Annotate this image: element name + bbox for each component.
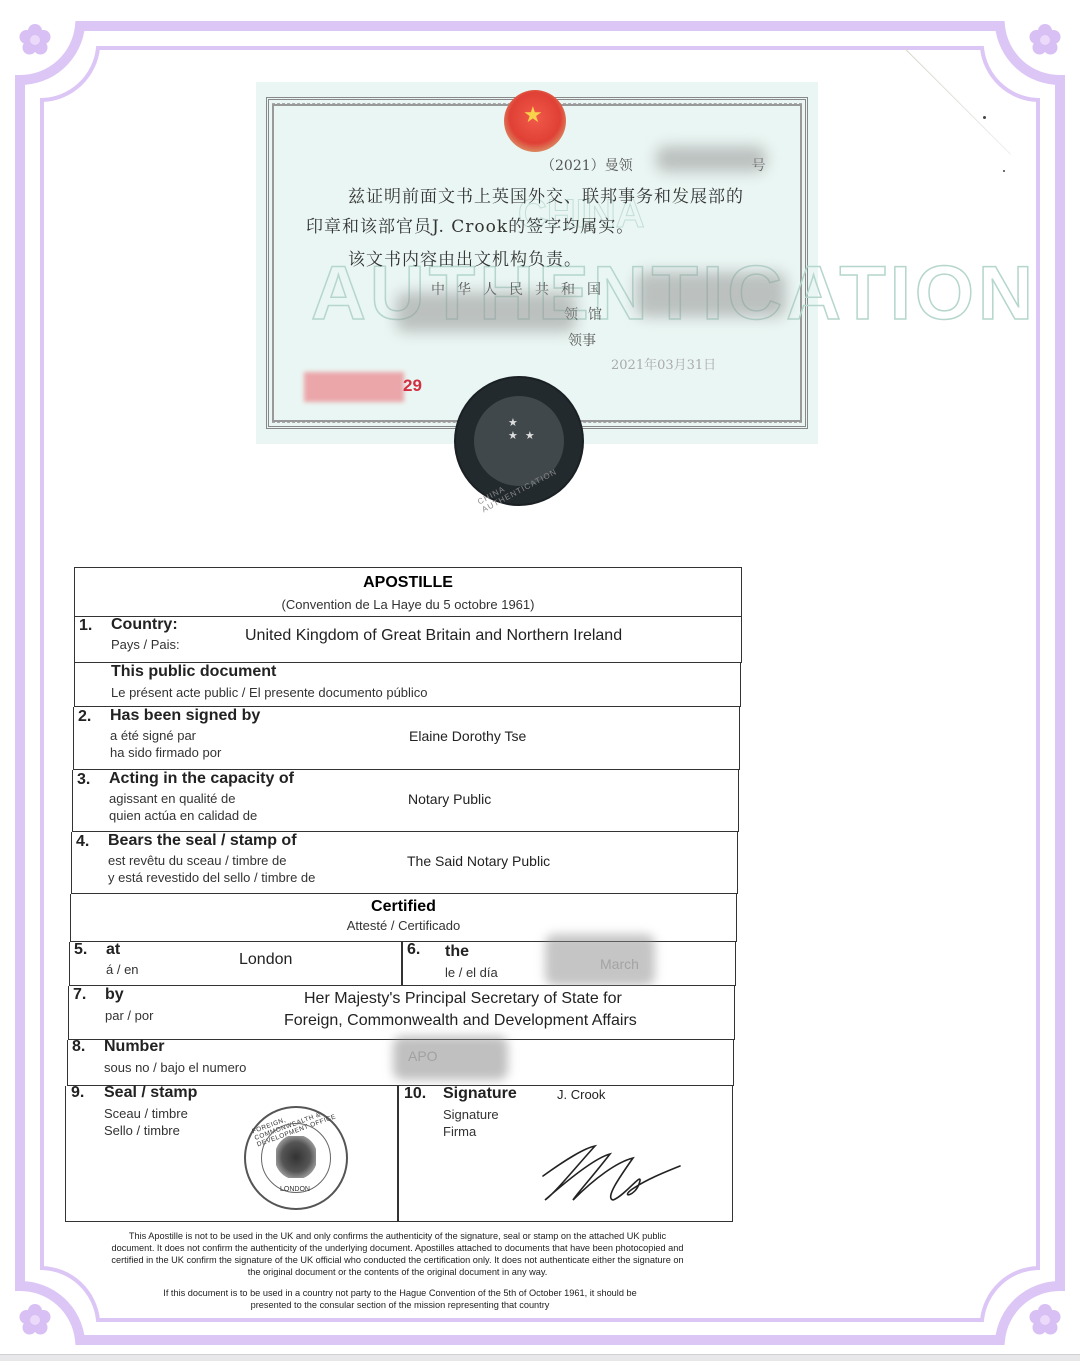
bottom-strip	[0, 1354, 1080, 1361]
apostille-disclaimer: This Apostille is not to be used in the …	[110, 1230, 685, 1278]
authority-line-1: Her Majesty's Principal Secretary of Sta…	[304, 990, 622, 1008]
field-label: Seal / stamp	[104, 1084, 197, 1102]
field-number: 10.	[404, 1085, 426, 1103]
authority-line-2: Foreign, Commonwealth and Development Af…	[284, 1012, 637, 1030]
crest-inner-ring	[261, 1123, 331, 1193]
field-label: Country:	[111, 616, 178, 634]
field-sublabel: Le présent acte public / El presente doc…	[111, 684, 428, 701]
china-authentication-seal: ★★ ★ CHINA AUTHENTICATION	[456, 378, 582, 504]
field-label: the	[445, 943, 469, 961]
field-sublabel: Pays / Pais:	[111, 636, 180, 653]
redaction	[636, 272, 786, 317]
field-place-date: 5. at á / en London 6. the le / el día M…	[69, 942, 736, 986]
royal-coat-of-arms-icon	[276, 1136, 316, 1178]
field-sublabel: est revêtu du sceau / timbre dey está re…	[108, 852, 315, 886]
field-seal-of: 4. Bears the seal / stamp of est revêtu …	[71, 832, 738, 894]
reference-prefix: （2021）曼领	[541, 158, 633, 174]
field-number: 9.	[71, 1084, 84, 1102]
field-number: 6.	[407, 941, 420, 959]
field-number: 1.	[79, 617, 92, 635]
field-sublabel: a été signé parha sido firmado por	[110, 727, 221, 761]
field-number: 7.	[73, 986, 86, 1004]
field-number: 8.	[72, 1038, 85, 1056]
field-number: 3.	[77, 771, 90, 789]
certificate-paragraph-1: 兹证明前面文书上英国外交、联邦事务和发展部的	[348, 182, 744, 207]
redaction	[393, 1036, 508, 1080]
field-label: Has been signed by	[110, 707, 260, 725]
certificate-date: 2021年03月31日	[611, 354, 716, 373]
field-number: 5.	[74, 941, 87, 959]
national-emblem-icon: ★	[504, 90, 566, 152]
crest-city: LONDON	[280, 1186, 310, 1193]
apostille-hague-note: If this document is to be used in a coun…	[150, 1287, 650, 1311]
field-sublabel: á / en	[106, 961, 139, 978]
field-country: 1. Country: Pays / Pais: United Kingdom …	[74, 617, 742, 663]
field-number-apostille: 8. Number sous no / bajo el numero APO	[67, 1040, 734, 1086]
speck	[1003, 170, 1005, 172]
field-signed-by: 2. Has been signed by a été signé parha …	[73, 707, 740, 770]
field-sublabel: par / por	[105, 1007, 153, 1024]
redaction	[656, 146, 766, 172]
field-label: Bears the seal / stamp of	[108, 832, 297, 850]
apostille-subtitle: (Convention de La Haye du 5 octobre 1961…	[75, 597, 741, 612]
field-number: 2.	[78, 708, 91, 726]
signer-name: J. Crook	[557, 1087, 605, 1102]
apostille-header: APOSTILLE (Convention de La Haye du 5 oc…	[74, 567, 742, 617]
field-label: Signature	[443, 1085, 517, 1103]
handwritten-signature	[535, 1138, 685, 1208]
field-capacity: 3. Acting in the capacity of agissant en…	[72, 770, 739, 832]
apostille-title: APOSTILLE	[75, 574, 741, 592]
redaction	[396, 292, 576, 332]
field-sublabel: sous no / bajo el numero	[104, 1059, 246, 1076]
serial-suffix: 29	[403, 376, 422, 396]
capacity-value: Notary Public	[408, 791, 491, 807]
certified-sublabel: Attesté / Certificado	[71, 918, 736, 933]
field-public-document: This public document Le présent acte pub…	[74, 663, 741, 707]
seal-of-value: The Said Notary Public	[407, 853, 550, 869]
red-serial-stamp	[304, 372, 404, 402]
field-label: This public document	[111, 663, 276, 681]
column-divider	[397, 1086, 399, 1221]
field-sublabel: le / el día	[445, 964, 498, 981]
country-value: United Kingdom of Great Britain and Nort…	[245, 627, 622, 645]
field-by: 7. by par / por Her Majesty's Principal …	[68, 986, 735, 1040]
speck	[983, 116, 986, 119]
place-value: London	[239, 951, 292, 969]
field-label: at	[106, 941, 120, 959]
field-label: by	[105, 986, 124, 1004]
signed-by-value: Elaine Dorothy Tse	[409, 728, 526, 744]
field-sublabel: agissant en qualité dequien actúa en cal…	[109, 790, 257, 824]
field-label: Acting in the capacity of	[109, 770, 294, 788]
field-sublabel: Sceau / timbreSello / timbre	[104, 1105, 188, 1139]
field-number: 4.	[76, 833, 89, 851]
fcdo-crest-stamp: FOREIGN, COMMONWEALTH & DEVELOPMENT OFFI…	[244, 1106, 348, 1210]
redaction	[545, 934, 655, 986]
certificate-paragraph-2: 印章和该部官员J. Crook的签字均属实。	[306, 212, 634, 237]
field-sublabel: SignatureFirma	[443, 1106, 499, 1140]
column-divider	[401, 942, 403, 985]
issuer-role: 领事	[568, 330, 596, 350]
certificate-paragraph-3: 该文书内容由出文机构负责。	[348, 245, 582, 270]
certified-label: Certified	[71, 898, 736, 916]
seal-stars-icon: ★★ ★	[508, 416, 537, 442]
field-label: Number	[104, 1038, 164, 1056]
